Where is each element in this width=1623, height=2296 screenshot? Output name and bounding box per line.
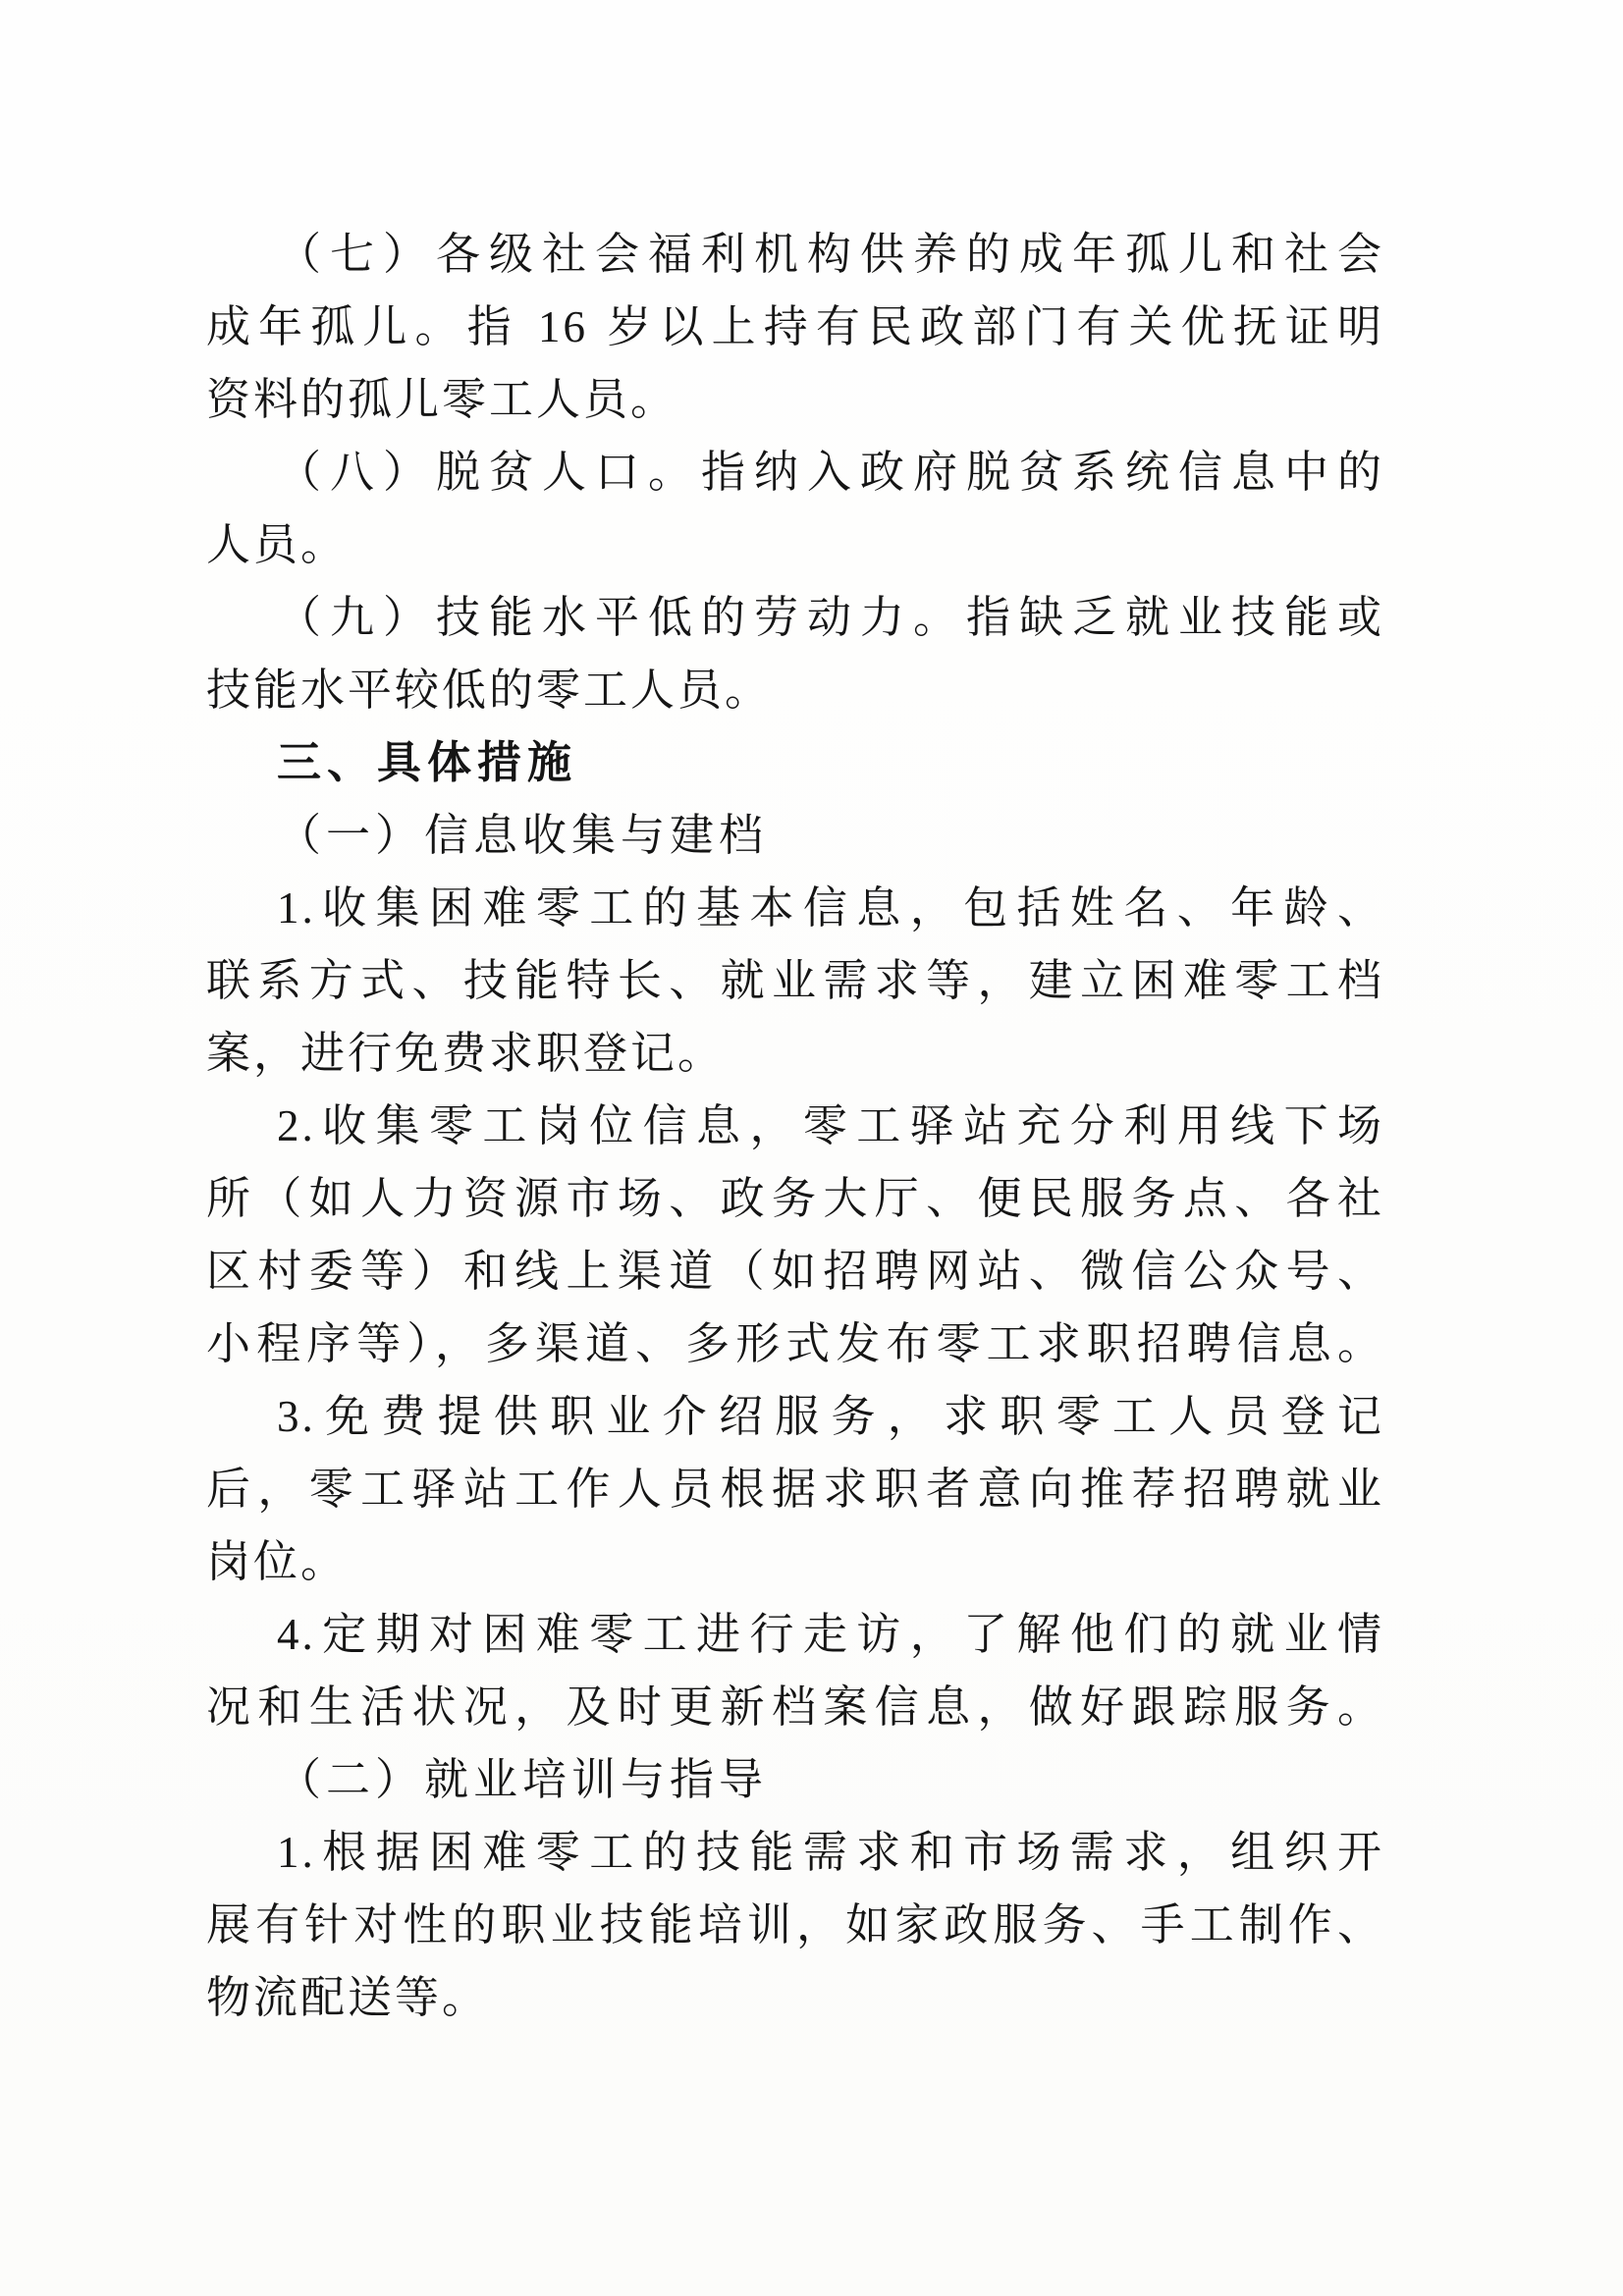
text-line: （八）脱贫人口。指纳入政府脱贫系统信息中的 xyxy=(206,436,1384,508)
text-line: 2.收集零工岗位信息，零工驿站充分利用线下场 xyxy=(206,1090,1384,1162)
text-line: 后，零工驿站工作人员根据求职者意向推荐招聘就业 xyxy=(206,1453,1384,1525)
text-line: （九）技能水平低的劳动力。指缺乏就业技能或 xyxy=(206,581,1384,654)
subsection-heading: （二）就业培训与指导 xyxy=(206,1743,1384,1816)
text-line: 人员。 xyxy=(206,508,1384,581)
text-line: 技能水平较低的零工人员。 xyxy=(206,654,1384,726)
text-line: 区村委等）和线上渠道（如招聘网站、微信公众号、 xyxy=(206,1235,1384,1308)
text-line: 资料的孤儿零工人员。 xyxy=(206,363,1384,436)
text-line: 展有针对性的职业技能培训，如家政服务、手工制作、 xyxy=(206,1889,1384,1961)
subsection-heading: （一）信息收集与建档 xyxy=(206,799,1384,872)
text-line: 1.根据困难零工的技能需求和市场需求，组织开 xyxy=(206,1816,1384,1889)
section-heading: 三、具体措施 xyxy=(206,726,1384,799)
document-body: （七）各级社会福利机构供养的成年孤儿和社会 成年孤儿。指 16 岁以上持有民政部… xyxy=(206,218,1384,2034)
text-line: 联系方式、技能特长、就业需求等，建立困难零工档 xyxy=(206,944,1384,1017)
text-line: 案，进行免费求职登记。 xyxy=(206,1017,1384,1090)
text-line: （七）各级社会福利机构供养的成年孤儿和社会 xyxy=(206,218,1384,291)
text-line: 成年孤儿。指 16 岁以上持有民政部门有关优抚证明 xyxy=(206,291,1384,363)
text-line: 小程序等），多渠道、多形式发布零工求职招聘信息。 xyxy=(206,1308,1384,1380)
text-line: 所（如人力资源市场、政务大厅、便民服务点、各社 xyxy=(206,1162,1384,1235)
text-line: 物流配送等。 xyxy=(206,1961,1384,2034)
text-line: 1.收集困难零工的基本信息，包括姓名、年龄、 xyxy=(206,872,1384,944)
text-line: 况和生活状况，及时更新档案信息，做好跟踪服务。 xyxy=(206,1671,1384,1743)
text-line: 3.免费提供职业介绍服务，求职零工人员登记 xyxy=(206,1380,1384,1453)
text-line: 4.定期对困难零工进行走访，了解他们的就业情 xyxy=(206,1598,1384,1671)
text-line: 岗位。 xyxy=(206,1525,1384,1598)
